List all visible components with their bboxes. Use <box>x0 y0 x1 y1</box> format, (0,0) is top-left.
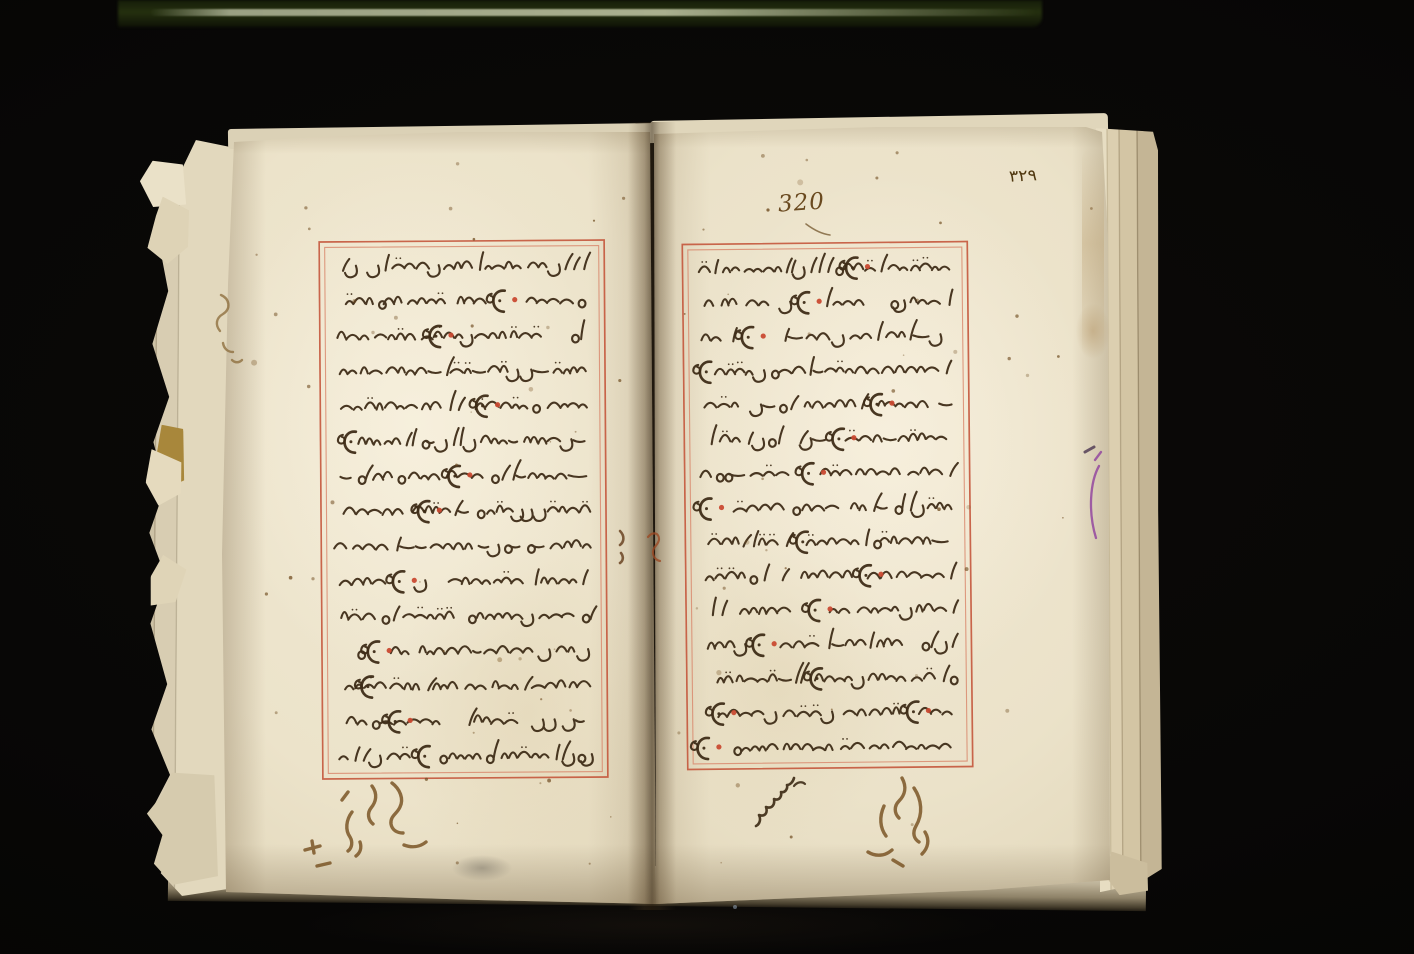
foxing-speck <box>684 313 686 315</box>
page-number-tail <box>806 224 830 235</box>
foxing-spot <box>497 657 502 662</box>
foxing-speck <box>289 576 293 580</box>
foxing-speck <box>539 782 541 784</box>
foxing-speck <box>331 500 335 504</box>
ink-marks-overlay <box>0 0 1414 954</box>
foxing-speck <box>896 151 899 154</box>
foxing-speck <box>720 862 722 864</box>
foxing-spot <box>966 505 970 509</box>
gutter-ink-mark <box>648 533 660 561</box>
margin-speck <box>766 208 769 211</box>
foxing-speck <box>831 709 833 711</box>
worm-track-mark <box>895 778 905 818</box>
foxing-spot <box>745 540 750 545</box>
foxing-speck <box>518 657 521 660</box>
foxing-speck <box>916 299 919 302</box>
foxing-speck <box>443 650 445 652</box>
foxing-speck <box>1062 517 1064 519</box>
foxing-spot <box>736 783 740 787</box>
foxing-speck <box>456 861 459 864</box>
worm-track-mark <box>356 842 361 856</box>
foxing-speck <box>473 238 476 241</box>
foxing-speck <box>723 587 726 590</box>
foxing-speck <box>550 441 552 443</box>
foxing-speck <box>255 254 257 256</box>
foxing-speck <box>470 411 471 412</box>
foxing-spot <box>716 670 721 675</box>
foxing-speck <box>790 836 793 839</box>
foxing-speck <box>702 229 704 231</box>
foxing-speck <box>589 863 591 865</box>
catchword-flourish <box>756 778 794 826</box>
catchword-flourish <box>794 782 805 786</box>
folio-number: ٣٢٩ <box>1008 165 1037 185</box>
margin-curl-mark <box>217 295 242 362</box>
foxing-speck <box>875 176 878 179</box>
foxing-speck <box>394 316 398 320</box>
foxing-speck <box>1057 355 1060 358</box>
foxing-speck <box>352 299 356 303</box>
foxing-speck <box>1015 314 1018 317</box>
foxing-speck <box>311 577 314 580</box>
foxing-speck <box>540 698 542 700</box>
foxing-speck <box>457 823 459 825</box>
purple-stamp-mark <box>1091 452 1101 538</box>
foxing-speck <box>371 331 374 334</box>
worm-track-mark <box>922 832 928 854</box>
worm-track-mark <box>881 806 886 836</box>
foxing-spot <box>251 360 257 366</box>
foxing-speck <box>304 206 307 209</box>
foxing-speck <box>805 159 808 162</box>
worm-track-mark <box>342 792 348 800</box>
foxing-speck <box>1005 709 1009 713</box>
worm-track-mark <box>868 850 892 855</box>
foxing-speck <box>915 674 918 677</box>
foxing-speck <box>937 507 941 511</box>
foxing-speck <box>449 207 453 211</box>
foxing-speck <box>939 222 942 225</box>
foxing-speck <box>618 379 621 382</box>
foxing-spot <box>797 179 803 185</box>
foxing-speck <box>761 477 764 480</box>
foxing-speck <box>593 220 595 222</box>
foxing-spot <box>529 387 534 392</box>
worm-track-mark <box>914 788 921 842</box>
foxing-speck <box>677 731 680 734</box>
foxing-speck <box>610 816 611 817</box>
film-speck <box>733 905 737 909</box>
foxing-speck <box>696 607 698 609</box>
worm-track-mark <box>317 863 330 866</box>
foxing-speck <box>425 778 428 781</box>
worm-track-mark <box>347 812 352 851</box>
foxing-speck <box>473 732 475 734</box>
worm-track-mark <box>404 842 426 847</box>
foxing-speck <box>546 326 549 329</box>
foxing-speck <box>1090 207 1093 210</box>
foxing-speck <box>471 324 474 327</box>
foxing-speck <box>891 389 895 393</box>
worm-track-mark <box>893 860 903 866</box>
purple-stamp-mark <box>1085 447 1094 452</box>
foxing-speck <box>727 293 729 295</box>
foxing-speck <box>569 709 572 712</box>
gutter-ink-mark <box>620 531 623 563</box>
page-number-annotation: 320 <box>777 188 826 217</box>
foxing-speck <box>1026 374 1029 377</box>
worm-track-mark <box>369 786 376 824</box>
foxing-speck <box>455 464 458 467</box>
foxing-speck <box>456 162 459 165</box>
foxing-speck <box>554 648 556 650</box>
foxing-speck <box>575 431 577 433</box>
foxing-speck <box>622 197 625 200</box>
foxing-speck <box>1008 357 1011 360</box>
foxing-speck <box>953 350 957 354</box>
foxing-speck <box>265 592 268 595</box>
foxing-speck <box>275 711 278 714</box>
foxing-speck <box>308 228 311 231</box>
foxing-speck <box>785 567 787 569</box>
foxing-speck <box>307 385 310 388</box>
foxing-speck <box>965 567 969 571</box>
foxing-speck <box>761 154 765 158</box>
foxing-speck <box>419 581 421 583</box>
foxing-speck <box>911 823 914 826</box>
foxing-speck <box>274 313 278 317</box>
foxing-speck <box>903 354 905 356</box>
foxing-speck <box>808 332 811 335</box>
foxing-speck <box>765 549 767 551</box>
worm-track-mark <box>391 783 403 833</box>
worm-track-mark <box>305 841 320 853</box>
foxing-speck <box>547 779 551 783</box>
photo-canvas: ٣٢٩ 320 <box>0 0 1414 954</box>
